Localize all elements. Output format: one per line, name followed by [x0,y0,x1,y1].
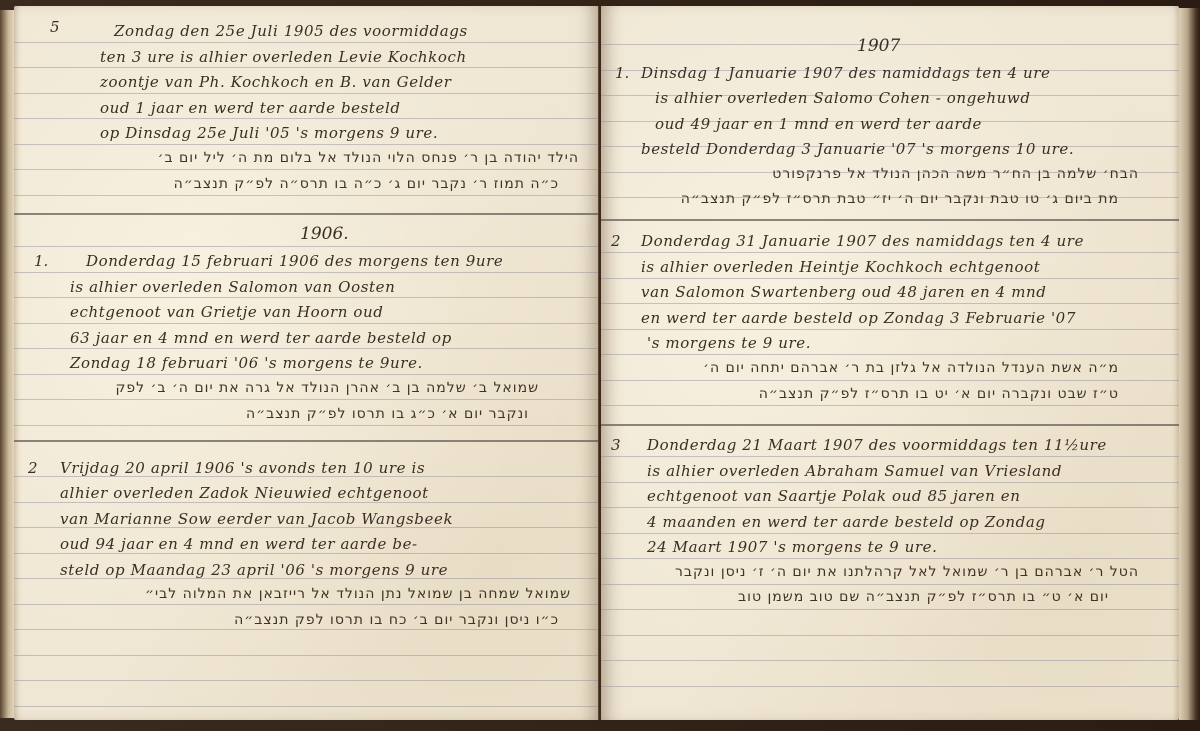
entry-line: en werd ter aarde besteld op Zondag 3 Fe… [641,309,1076,327]
entry-number: 2 [611,232,621,250]
entry-line: is alhier overleden Salomo Cohen - ongeh… [655,89,1031,107]
hebrew-line: ט״ז שבט ונקברה יום א׳ יט בו תרס״ז לפ״ק ת… [759,386,1119,402]
entry-line: 63 jaar en 4 mnd en werd ter aarde beste… [70,329,452,347]
entry-divider [14,440,599,442]
entry-line: besteld Donderdag 3 Januarie '07 's morg… [641,140,1074,158]
entry-line: is alhier overleden Heintje Kochkoch ech… [641,258,1040,276]
entry-line: zoontje van Ph. Kochkoch en B. van Gelde… [100,73,452,91]
entry-line: Donderdag 31 Januarie 1907 des namiddags… [641,232,1084,250]
entry-divider [14,213,599,215]
entry-divider [601,219,1179,221]
entry-divider [601,424,1179,426]
hebrew-line: הבח׳ שלמה בן הח״ר משה הכהן הנולד אל פרנק… [772,166,1139,182]
entry-line: oud 94 jaar en 4 mnd en werd ter aarde b… [60,535,418,553]
entry-line: Donderdag 21 Maart 1907 des voormiddags … [647,436,1107,454]
left-page: 5 Zondag den 25e Juli 1905 des voormidda… [14,6,599,720]
entry-line: echtgenoot van Saartje Polak oud 85 jare… [647,487,1021,505]
year-heading: 1907 [857,36,900,56]
entry-number: 2 [28,459,38,477]
hebrew-line: כ״ה תמוז ר׳ נקבר יום ג׳ כ״ה בו תרס״ה לפ״… [174,176,559,192]
entry-number: 5 [50,18,60,36]
hebrew-line: הטל ר׳ אברהם בן ר׳ שמואל לאל קרהלתנו את … [675,564,1139,580]
entry-line: oud 1 jaar en werd ter aarde besteld [100,99,401,117]
entry-line: oud 49 jaar en 1 mnd en werd ter aarde [655,115,982,133]
hebrew-line: מת ביום ג׳ טו טבת ונקבר יום ה׳ יז״ טבת ת… [681,191,1119,207]
entry-line: echtgenoot van Grietje van Hoorn oud [70,303,383,321]
entry-line: Vrijdag 20 april 1906 's avonds ten 10 u… [60,459,425,477]
entry-line: alhier overleden Zadok Nieuwied echtgeno… [60,484,429,502]
hebrew-line: יום א׳ ט״ בו תרס״ז לפ״ק תנצב״ה שם טוב מש… [738,589,1109,605]
entry-number: 1. [34,252,48,270]
entry-line: Zondag den 25e Juli 1905 des voormiddags [114,22,468,40]
entry-line: steld op Maandag 23 april '06 's morgens… [60,561,448,579]
open-notebook: 5 Zondag den 25e Juli 1905 des voormidda… [0,0,1200,731]
hebrew-line: שמואל ב׳ שלמה בן ב׳ אהרן הנולד אל גרה את… [116,380,540,396]
entry-number: 3 [611,436,621,454]
entry-line: Donderdag 15 februari 1906 des morgens t… [86,252,503,270]
hebrew-line: שמואל שמחה בן שמואל נתן הנולד אל רייזבאן… [145,586,571,602]
entry-line: is alhier overleden Abraham Samuel van V… [647,462,1062,480]
right-page-stack-edge [1179,8,1200,720]
year-heading: 1906. [300,224,349,244]
hebrew-line: כ״ו ניסן ונקבר יום ב׳ כח בו תרסו לפק תנצ… [234,612,559,628]
entry-line: van Salomon Swartenberg oud 48 jaren en … [641,283,1046,301]
entry-line: is alhier overleden Salomon van Oosten [70,278,395,296]
right-page: 1907 1. Dinsdag 1 Januarie 1907 des nami… [601,6,1179,720]
left-page-stack-edge [0,10,14,718]
hebrew-line: מ״ה אשת הענדל הנולדה אל גלזן בת ר׳ אברהם… [703,360,1119,376]
entry-line: 24 Maart 1907 's morgens te 9 ure. [647,538,938,556]
hebrew-line: ונקבר יום א׳ כ״ג בו תרסו לפ״ק תנצב״ה [246,406,529,422]
entry-line: van Marianne Sow eerder van Jacob Wangsb… [60,510,453,528]
entry-line: 's morgens te 9 ure. [647,334,811,352]
entry-line: 4 maanden en werd ter aarde besteld op Z… [647,513,1046,531]
entry-line: Dinsdag 1 Januarie 1907 des namiddags te… [641,64,1051,82]
entry-number: 1. [615,64,629,82]
entry-line: Zondag 18 februari '06 's morgens te 9ur… [70,354,423,372]
entry-line: op Dinsdag 25e Juli '05 's morgens 9 ure… [100,124,438,142]
entry-line: ten 3 ure is alhier overleden Levie Koch… [100,48,467,66]
hebrew-line: הילד יהודה בן ר׳ פנחס הלוי הנולד אל בלום… [158,150,579,166]
